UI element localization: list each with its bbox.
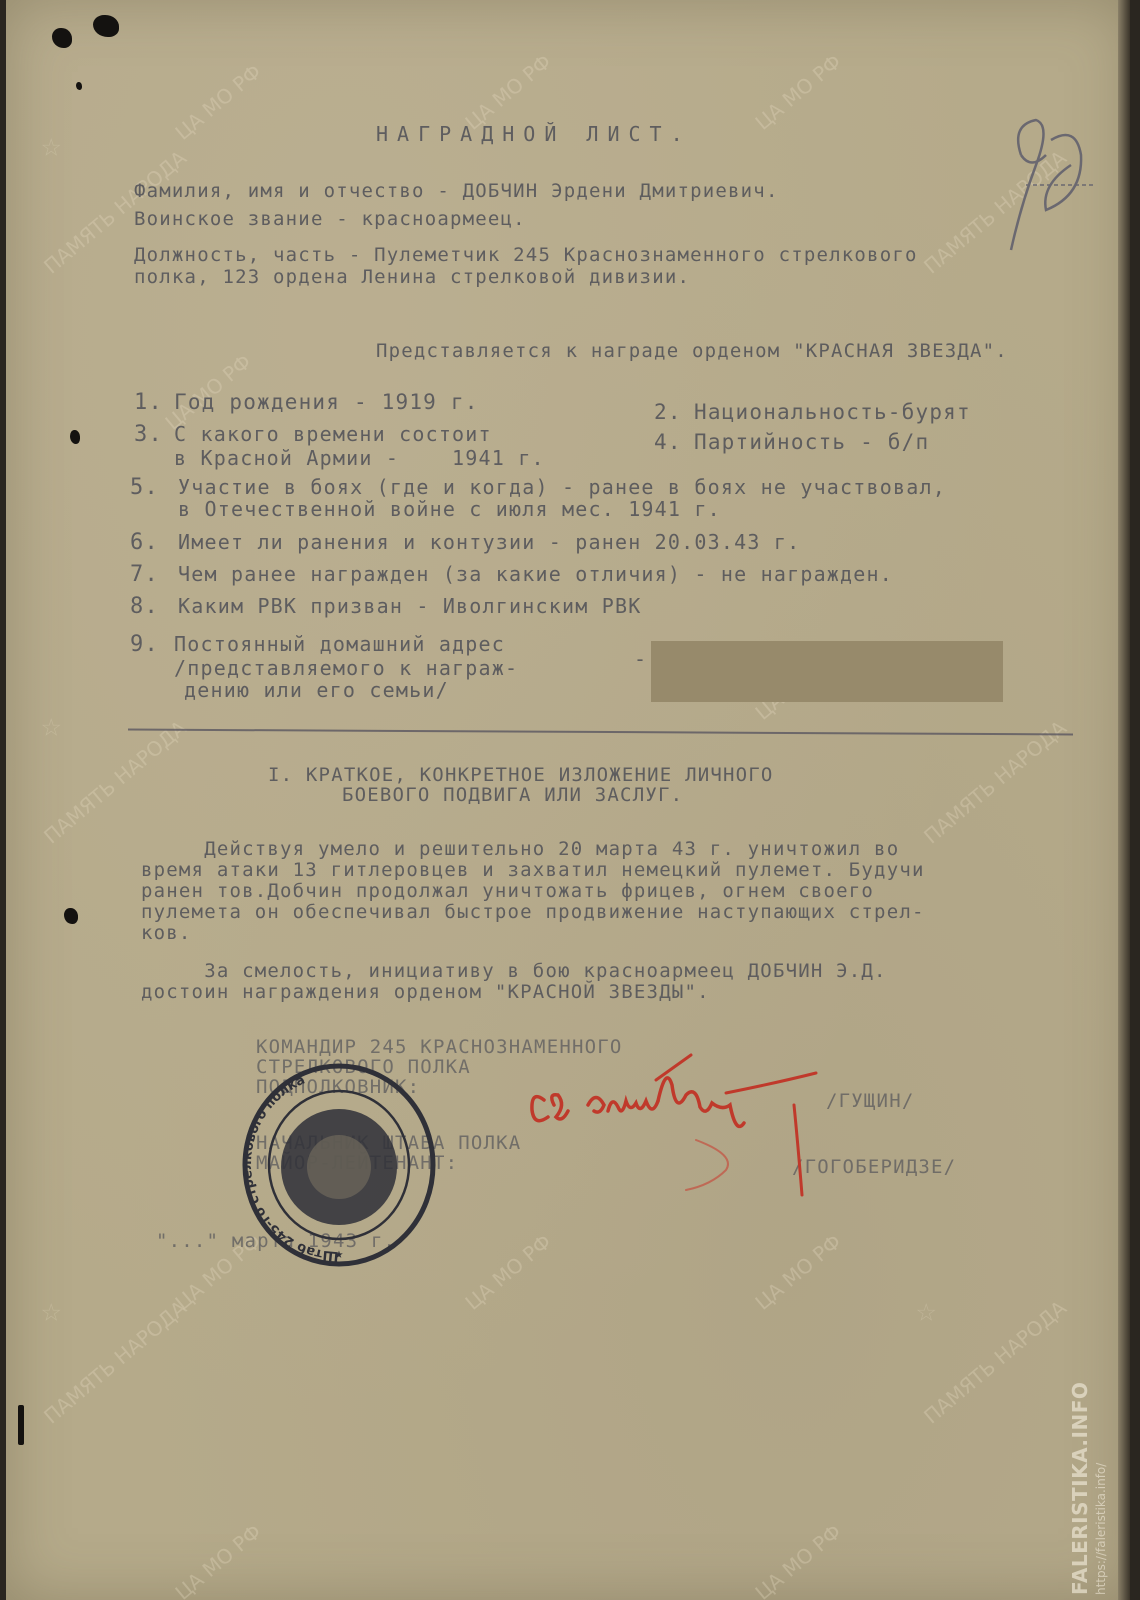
svg-text:★: ★ (335, 1246, 344, 1262)
star-watermark-icon: ☆ (41, 1290, 61, 1330)
item-service-since: С какого времени состоит (174, 422, 492, 446)
punch-hole (93, 15, 119, 37)
redacted-address (651, 641, 1003, 702)
punch-hole (70, 430, 80, 444)
position-line-cont: полка, 123 ордена Ленина стрелковой диви… (134, 266, 690, 288)
item-number: 7. (130, 562, 159, 587)
star-watermark-icon: ☆ (916, 1290, 936, 1330)
paper-tear (18, 1405, 24, 1445)
document-title: НАГРАДНОЙ ЛИСТ. (376, 122, 692, 146)
item-birth-year: Год рождения - 1919 г. (174, 390, 479, 414)
item-number: 2. (654, 400, 682, 424)
conclusion-text-line: достоин награждения орденом "КРАСНОЙ ЗВЕ… (141, 981, 710, 1003)
item-battles-cont: в Отечественной войне с июля мес. 1941 г… (178, 497, 721, 521)
archive-watermark: ЦА МО РФ (750, 1519, 845, 1600)
item-awards: Чем ранее награжден (за какие отличия) -… (178, 562, 893, 586)
item-number: 8. (130, 594, 159, 619)
item-wounds: Имеет ли ранения и контузии - ранен 20.0… (178, 530, 800, 554)
punch-hole (52, 28, 72, 48)
star-watermark-icon: ☆ (41, 125, 61, 165)
item-battles: Участие в боях (где и когда) - ранее в б… (178, 475, 946, 499)
archive-pencil-number (991, 95, 1101, 255)
memory-watermark: ПАМЯТЬ НАРОДА (39, 1296, 191, 1429)
memory-watermark: ПАМЯТЬ НАРОДА (919, 1296, 1071, 1429)
official-stamp: Штаб 245-го стрелкового полка ★ (241, 1062, 437, 1268)
rank-line: Воинское звание - красноармеец. (134, 208, 526, 230)
item-number: 6. (130, 530, 159, 555)
commander-signature (526, 1045, 866, 1205)
feat-text-line: пулемета он обеспечивал быстрое продвиже… (141, 901, 925, 923)
item-number: 3. (134, 422, 163, 447)
site-watermark-url: https://faleristika.info/ (1094, 1463, 1108, 1595)
site-watermark-name: FALERISTIKA.INFO (1068, 1382, 1092, 1595)
feat-text-line: ков. (141, 922, 192, 944)
archive-watermark: ЦА МО РФ (170, 1519, 265, 1600)
item-number: 4. (654, 430, 682, 454)
item-address-cont: дению или его семьи/ (184, 678, 449, 702)
feat-text-line: ранен тов.Добчин продолжал уничтожать фр… (141, 880, 874, 902)
item-address-dash: - (634, 647, 647, 671)
item-party: Партийность - б/п (694, 430, 929, 454)
feat-text-line: время атаки 13 гитлеровцев и захватил не… (141, 859, 925, 881)
paper-edge (1118, 0, 1130, 1600)
memory-watermark: ПАМЯТЬ НАРОДА (919, 716, 1071, 849)
site-watermark: FALERISTIKA.INFO https://faleristika.inf… (1068, 1395, 1108, 1595)
item-draft-office: Каким РВК призван - Иволгинским РВК (178, 594, 641, 618)
section-heading-cont: БОЕВОГО ПОДВИГА ИЛИ ЗАСЛУГ. (342, 784, 683, 806)
full-name-line: Фамилия, имя и отчество - ДОБЧИН Эрдени … (134, 180, 779, 202)
feat-text-line: Действуя умело и решительно 20 марта 43 … (141, 838, 899, 860)
star-watermark-icon: ☆ (41, 705, 61, 745)
item-number: 5. (130, 475, 159, 500)
punch-hole (76, 82, 82, 90)
item-service-since-cont: в Красной Армии - 1941 г. (174, 446, 545, 470)
archive-watermark: ЦА МО РФ (460, 1229, 555, 1314)
item-number: 1. (134, 390, 163, 415)
item-address: Постоянный домашний адрес (174, 632, 505, 656)
position-line: Должность, часть - Пулеметчик 245 Красно… (134, 244, 918, 266)
item-nationality: Национальность-бурят (694, 400, 971, 424)
archive-watermark: ЦА МО РФ (750, 1229, 845, 1314)
nomination-line: Представляется к награде орденом "КРАСНА… (376, 340, 1008, 362)
archive-watermark: ЦА МО РФ (750, 49, 845, 134)
punch-hole (64, 908, 78, 924)
award-sheet-page: ЦА МО РФ ЦА МО РФ ЦА МО РФ ЦА МО РФ ЦА М… (6, 0, 1130, 1600)
item-number: 9. (130, 632, 159, 657)
section-heading: I. КРАТКОЕ, КОНКРЕТНОЕ ИЗЛОЖЕНИЕ ЛИЧНОГО (268, 764, 774, 786)
memory-watermark: ПАМЯТЬ НАРОДА (39, 716, 191, 849)
item-address-cont: /представляемого к награж- (174, 656, 518, 680)
section-divider (128, 729, 1073, 736)
archive-watermark: ЦА МО РФ (170, 59, 265, 144)
conclusion-text-line: За смелость, инициативу в бою красноарме… (141, 960, 887, 982)
